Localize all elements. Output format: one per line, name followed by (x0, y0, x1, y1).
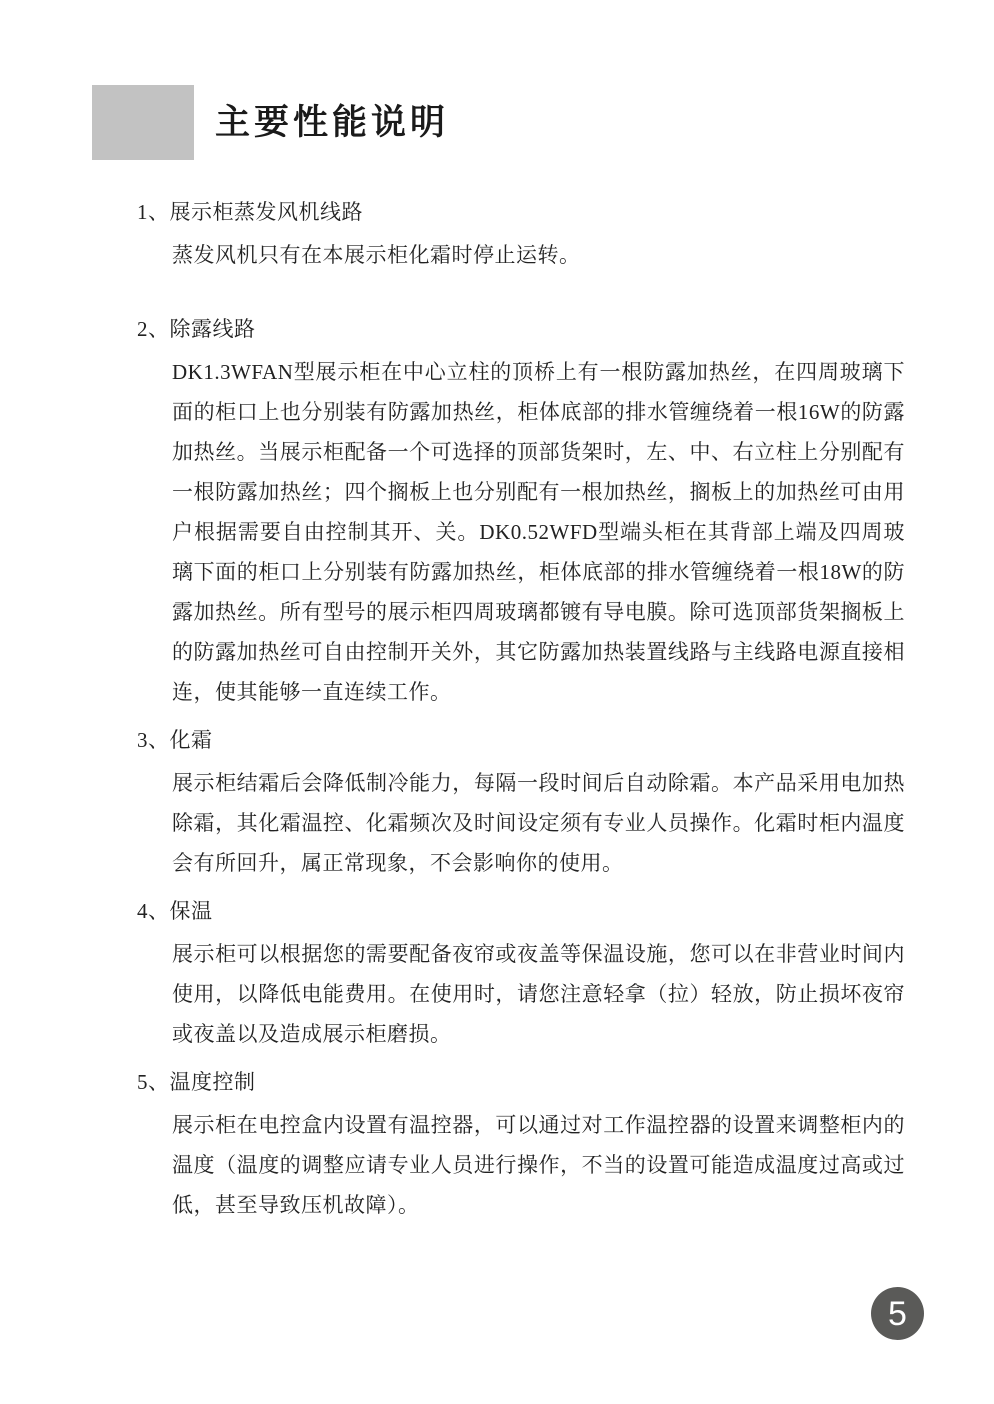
section-number: 3、 (137, 728, 170, 752)
section-heading: 2、除露线路 (137, 309, 905, 349)
section-defrost: 3、化霜 展示柜结霜后会降低制冷能力，每隔一段时间后自动除霜。本产品采用电加热除… (137, 720, 905, 883)
section-insulation: 4、保温 展示柜可以根据您的需要配备夜帘或夜盖等保温设施，您可以在非营业时间内使… (137, 891, 905, 1054)
section-title: 保温 (170, 899, 213, 923)
section-heading: 3、化霜 (137, 720, 905, 760)
section-number: 4、 (137, 899, 170, 923)
page-title: 主要性能说明 (215, 105, 449, 140)
manual-page: 主要性能说明 1、展示柜蒸发风机线路 蒸发风机只有在本展示柜化霜时停止运转。 2… (0, 0, 994, 1404)
section-title: 化霜 (170, 728, 213, 752)
section-body: DK1.3WFAN型展示柜在中心立柱的顶桥上有一根防露加热丝，在四周玻璃下面的柜… (172, 352, 905, 712)
section-title: 除露线路 (170, 317, 256, 341)
section-body: 展示柜可以根据您的需要配备夜帘或夜盖等保温设施，您可以在非营业时间内使用，以降低… (172, 934, 905, 1054)
section-number: 1、 (137, 200, 170, 224)
section-number: 2、 (137, 317, 170, 341)
section-title: 展示柜蒸发风机线路 (170, 200, 364, 224)
content: 1、展示柜蒸发风机线路 蒸发风机只有在本展示柜化霜时停止运转。 2、除露线路 D… (137, 192, 905, 1225)
section-temperature-control: 5、温度控制 展示柜在电控盒内设置有温控器，可以通过对工作温控器的设置来调整柜内… (137, 1062, 905, 1225)
page-number-badge: 5 (871, 1287, 924, 1340)
section-body: 展示柜结霜后会降低制冷能力，每隔一段时间后自动除霜。本产品采用电加热除霜，其化霜… (172, 763, 905, 883)
page-header: 主要性能说明 (92, 0, 994, 160)
section-body: 展示柜在电控盒内设置有温控器，可以通过对工作温控器的设置来调整柜内的温度（温度的… (172, 1105, 905, 1225)
page-number: 5 (888, 1297, 907, 1331)
section-body: 蒸发风机只有在本展示柜化霜时停止运转。 (172, 235, 905, 275)
section-dew-removal-circuit: 2、除露线路 DK1.3WFAN型展示柜在中心立柱的顶桥上有一根防露加热丝，在四… (137, 309, 905, 712)
section-heading: 5、温度控制 (137, 1062, 905, 1102)
section-heading: 4、保温 (137, 891, 905, 931)
section-fan-circuit: 1、展示柜蒸发风机线路 蒸发风机只有在本展示柜化霜时停止运转。 (137, 192, 905, 275)
section-number: 5、 (137, 1070, 170, 1094)
section-title: 温度控制 (170, 1070, 256, 1094)
section-heading: 1、展示柜蒸发风机线路 (137, 192, 905, 232)
header-accent-block (92, 85, 194, 160)
